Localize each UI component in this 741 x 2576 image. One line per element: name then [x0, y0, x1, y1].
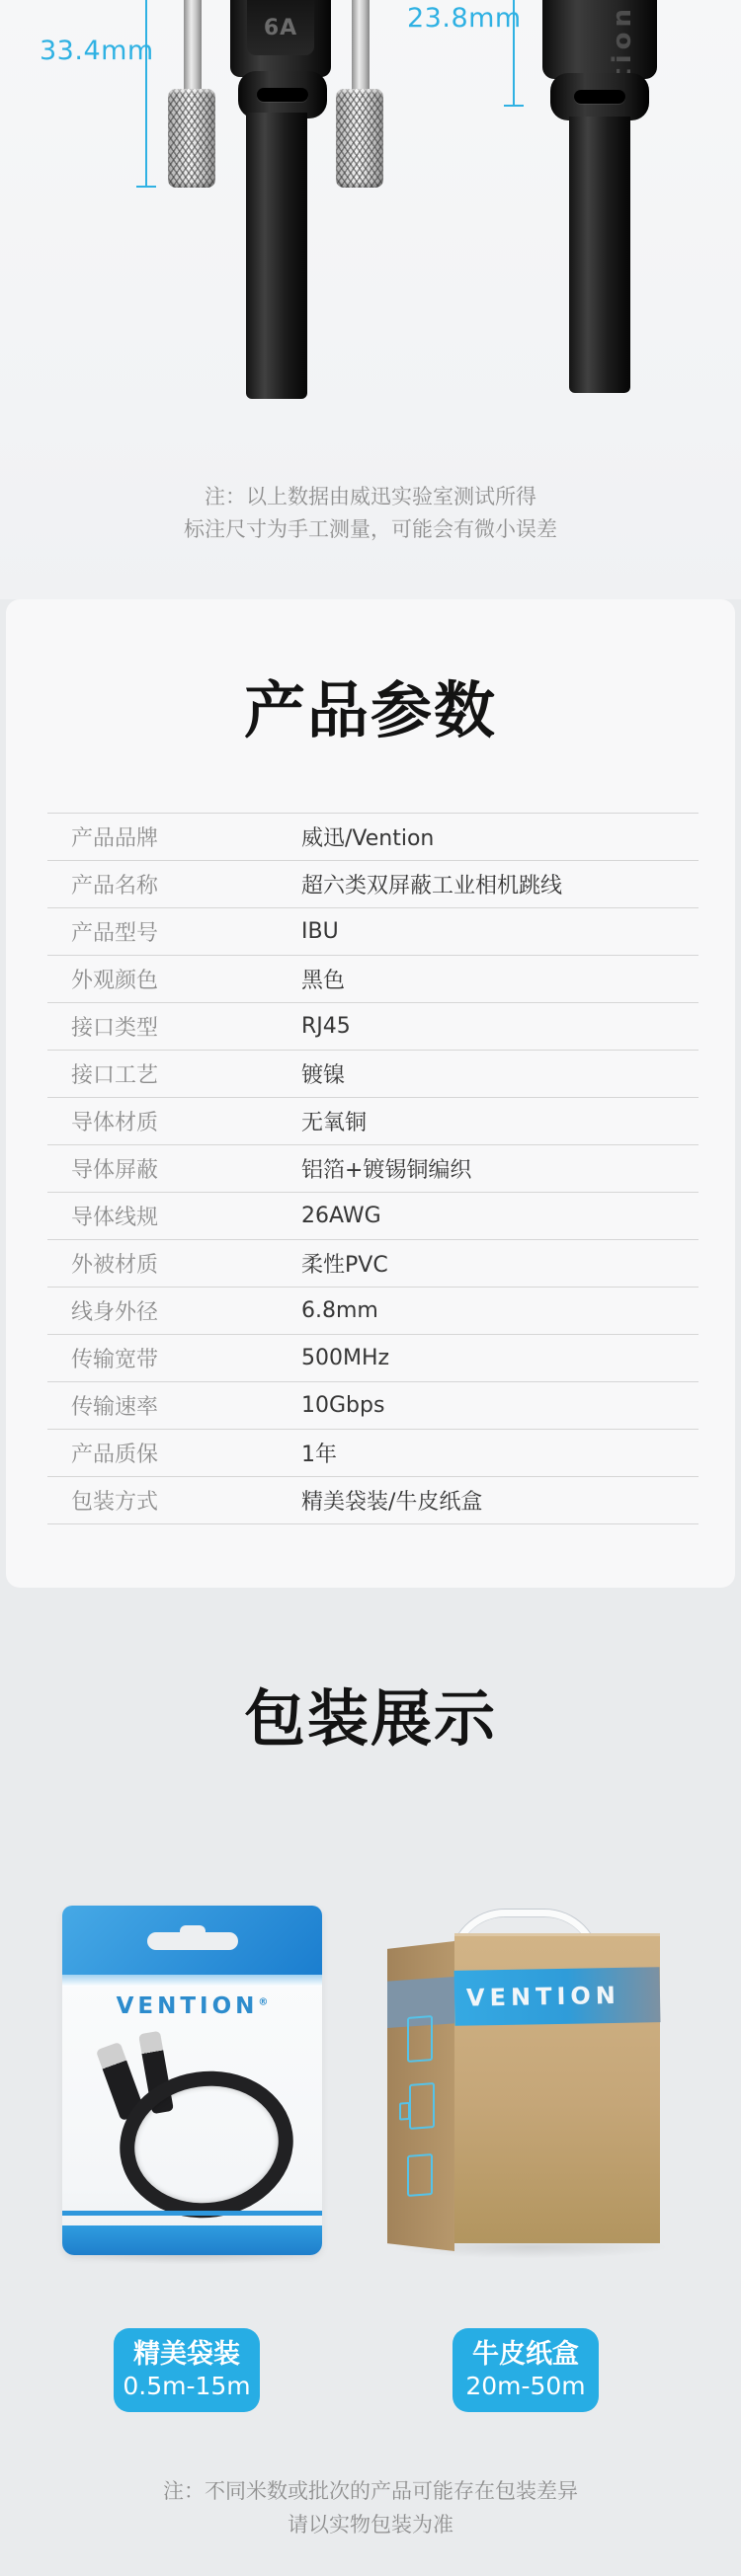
- left-collar-slot: [257, 88, 308, 102]
- badge-bag: 精美袋装 0.5m-15m: [114, 2328, 260, 2412]
- right-plug-logo-text: tion: [608, 4, 637, 81]
- packaging-note-line2: 请以实物包装为准: [0, 2508, 741, 2541]
- param-row: 传输速率 10Gbps: [47, 1381, 699, 1429]
- left-plug-label: 6A: [247, 0, 314, 55]
- param-label: 传输速率: [47, 1390, 301, 1421]
- left-cable: [246, 113, 307, 399]
- param-value: 精美袋装/牛皮纸盒: [301, 1485, 482, 1516]
- left-screw-shaft-a: [184, 0, 202, 94]
- badge-box-title: 牛皮纸盒: [453, 2337, 599, 2372]
- param-row: 外观颜色 黑色: [47, 955, 699, 1002]
- param-value: 黑色: [301, 964, 345, 994]
- param-label: 导体线规: [47, 1201, 301, 1231]
- lab-note-line2: 标注尺寸为手工测量，可能会有微小误差: [0, 513, 741, 546]
- lab-note-line1: 注：以上数据由威迅实验室测试所得: [0, 481, 741, 513]
- param-value: 铝箔+镀锡铜编织: [301, 1153, 471, 1184]
- param-value: 无氧铜: [301, 1106, 367, 1136]
- param-label: 接口工艺: [47, 1058, 301, 1089]
- param-row: 线身外径 6.8mm: [47, 1287, 699, 1334]
- param-label: 导体屏蔽: [47, 1153, 301, 1184]
- param-label: 产品质保: [47, 1438, 301, 1468]
- badge-bag-title: 精美袋装: [114, 2337, 260, 2372]
- param-label: 产品名称: [47, 869, 301, 899]
- param-label: 包装方式: [47, 1485, 301, 1516]
- lab-note: 注：以上数据由威迅实验室测试所得 标注尺寸为手工测量，可能会有微小误差: [0, 481, 741, 546]
- param-row: 导体线规 26AWG: [47, 1192, 699, 1239]
- param-row: 产品质保 1年: [47, 1429, 699, 1476]
- badge-box: 牛皮纸盒 20m-50m: [453, 2328, 599, 2412]
- param-row: 接口工艺 镀镍: [47, 1050, 699, 1097]
- bag-bottom-stripe: [62, 2211, 322, 2216]
- param-value: 10Gbps: [301, 1393, 384, 1418]
- hero-section: 33.4mm 23.8mm 6A tion 注：以上数据由威迅实验室测试所得 标…: [0, 0, 741, 599]
- measurement-label-right: 23.8mm: [407, 3, 522, 34]
- param-label: 线身外径: [47, 1295, 301, 1326]
- right-cable: [569, 117, 630, 393]
- param-row: 接口类型 RJ45: [47, 1002, 699, 1050]
- param-row: 导体材质 无氧铜: [47, 1097, 699, 1144]
- param-label: 产品型号: [47, 916, 301, 947]
- param-label: 传输宽带: [47, 1343, 301, 1373]
- params-title: 产品参数: [6, 676, 735, 745]
- param-value: 1年: [301, 1438, 337, 1468]
- box-side-cable-icon-1: [407, 2015, 433, 2063]
- param-label: 接口类型: [47, 1011, 301, 1042]
- box-side-cable-icon-2: [409, 2082, 435, 2130]
- param-label: 外观颜色: [47, 964, 301, 994]
- param-row: 包装方式 精美袋装/牛皮纸盒: [47, 1476, 699, 1523]
- param-value: RJ45: [301, 1014, 351, 1039]
- param-row: 外被材质 柔性PVC: [47, 1239, 699, 1287]
- bag-package: VENTION®: [62, 1906, 322, 2255]
- packaging-note-line1: 注：不同米数或批次的产品可能存在包装差异: [0, 2474, 741, 2508]
- param-row: 产品型号 IBU: [47, 907, 699, 955]
- bag-cable-coil: [111, 2060, 303, 2228]
- bag-brand-logo: VENTION®: [62, 1993, 322, 2019]
- right-connector-plug: tion: [542, 0, 657, 79]
- param-value: 500MHz: [301, 1346, 389, 1370]
- params-card: 产品参数 产品品牌 威迅/Vention 产品名称 超六类双屏蔽工业相机跳线 产…: [6, 599, 735, 1588]
- param-value: 26AWG: [301, 1204, 381, 1228]
- bag-brand-reg-mark: ®: [258, 1996, 268, 2007]
- box-side-cable-icon-3: [407, 2153, 433, 2197]
- params-table: 产品品牌 威迅/Vention 产品名称 超六类双屏蔽工业相机跳线 产品型号 I…: [47, 813, 699, 1524]
- bag-brand-text: VENTION: [117, 1993, 259, 2019]
- param-row: 产品品牌 威迅/Vention: [47, 813, 699, 860]
- bag-bottom-band: [62, 2225, 322, 2255]
- param-label: 导体材质: [47, 1106, 301, 1136]
- param-value: 超六类双屏蔽工业相机跳线: [301, 869, 562, 899]
- param-value: 6.8mm: [301, 1298, 378, 1323]
- measurement-line-left: [145, 0, 147, 188]
- param-value: 镀镍: [301, 1058, 345, 1089]
- right-connector-collar: [550, 73, 649, 120]
- left-screw-shaft-b: [352, 0, 370, 94]
- param-value: 威迅/Vention: [301, 821, 434, 852]
- packaging-note: 注：不同米数或批次的产品可能存在包装差异 请以实物包装为准: [0, 2474, 741, 2541]
- param-label: 产品品牌: [47, 821, 301, 852]
- bag-header-band: [62, 1906, 322, 1975]
- badge-bag-range: 0.5m-15m: [114, 2372, 260, 2401]
- left-connector-collar: [238, 71, 327, 118]
- param-row: 传输宽带 500MHz: [47, 1334, 699, 1381]
- param-row: 产品名称 超六类双屏蔽工业相机跳线: [47, 860, 699, 907]
- param-value: IBU: [301, 919, 339, 944]
- packaging-title: 包装展示: [0, 1684, 741, 1754]
- bag-hang-hole: [147, 1932, 238, 1950]
- param-label: 外被材质: [47, 1248, 301, 1279]
- right-collar-slot: [574, 90, 625, 104]
- left-thumbscrew-a: [168, 89, 215, 188]
- measurement-label-left: 33.4mm: [40, 36, 154, 66]
- badge-box-range: 20m-50m: [453, 2372, 599, 2401]
- left-thumbscrew-b: [336, 89, 383, 188]
- product-detail-page: 33.4mm 23.8mm 6A tion 注：以上数据由威迅实验室测试所得 标…: [0, 0, 741, 2576]
- bag-header-fade: [62, 1975, 322, 1987]
- left-connector-plug: 6A: [230, 0, 331, 77]
- param-value: 柔性PVC: [301, 1248, 388, 1279]
- param-row: 导体屏蔽 铝箔+镀锡铜编织: [47, 1144, 699, 1192]
- box-brand-stripe: VENTION: [454, 1967, 661, 2026]
- box-brand-logo: VENTION: [466, 1982, 620, 2012]
